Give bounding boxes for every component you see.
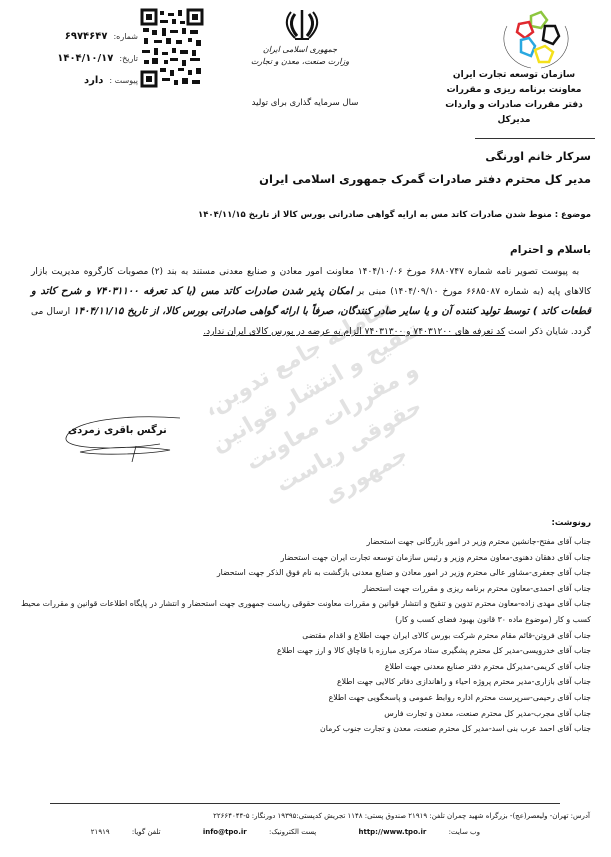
date-label: تاریخ: — [119, 48, 138, 70]
tpo-logo-icon — [491, 6, 581, 74]
date-value: ۱۴۰۴/۱۰/۱۷ — [57, 48, 113, 70]
cc-item: جناب آقای فروتن-قائم مقام محترم شرکت بور… — [11, 628, 591, 644]
cc-list: جناب آقای مفتح-جانشین محترم وزیر در امور… — [11, 534, 591, 737]
attachment-row: پیوست : دارد — [28, 70, 138, 92]
org-line: سازمان توسعه تجارت ایران — [439, 68, 589, 83]
phone-value: ۲۱۹۱۹ — [91, 828, 110, 836]
letter-meta: شماره: ۶۹۷۴۶۴۷ تاریخ: ۱۴۰۴/۱۰/۱۷ پیوست :… — [28, 26, 138, 92]
cc-item: جناب آقای رحیمی-سرپرست محترم اداره روابط… — [11, 690, 591, 706]
email-link[interactable]: info@tpo.ir — [203, 828, 247, 836]
number-label: شماره: — [113, 26, 138, 48]
cc-item: جناب آقای کریمی-مدیرکل محترم دفتر صنایع … — [11, 659, 591, 675]
ministry-name: وزارت صنعت، معدن و تجارت — [230, 56, 370, 68]
header-divider — [475, 138, 595, 139]
number-value: ۶۹۷۴۶۴۷ — [65, 26, 108, 48]
cc-item: جناب آقای احمد عرب بنی اسد-مدیر کل محترم… — [11, 721, 591, 737]
iran-emblem-icon — [283, 8, 321, 42]
addressee-title: مدیر کل محترم دفتر صادرات گمرک جمهوری اس… — [259, 172, 591, 186]
cc-item: جناب آقای بازاری-مدیر محترم پروژه احیاء … — [11, 674, 591, 690]
phone-group: تلفن گویا: ۲۱۹۱۹ — [81, 828, 171, 836]
footer-divider — [50, 803, 560, 804]
organization-block: سازمان توسعه تجارت ایران معاونت برنامه ر… — [439, 68, 589, 128]
org-line: دفتر مقررات صادرات و واردات — [439, 98, 589, 113]
subject-line: موضوع : منوط شدن صادرات کاتد مس به ارایه… — [198, 210, 591, 220]
qr-code-icon[interactable] — [140, 8, 204, 88]
signatory-name: نرگس باقری زمردی — [68, 425, 167, 436]
signature-scribble-icon — [60, 410, 190, 462]
body-text-underlined: کد تعرفه های ۷۴۰۳۱۲۰۰ و ۷۴۰۳۱۳۰۰ الزام ب… — [203, 327, 505, 337]
website-label: وب سایت: — [449, 828, 480, 836]
greeting: باسلام و احترام — [510, 244, 591, 256]
year-slogan: سال سرمایه گذاری برای تولید — [230, 98, 380, 108]
letter-date-row: تاریخ: ۱۴۰۴/۱۰/۱۷ — [28, 48, 138, 70]
org-line: مدیرکل — [439, 113, 589, 128]
attachment-label: پیوست : — [109, 70, 138, 92]
footer-contact: وب سایت: http://www.tpo.ir پست الکترونیک… — [100, 828, 500, 836]
cc-title: رونوشت: — [552, 518, 591, 528]
website-link[interactable]: http://www.tpo.ir — [359, 828, 427, 836]
cc-item: جناب آقای دهقان دهنوی-معاون محترم وزیر و… — [11, 550, 591, 566]
letter-body: به پیوست تصویر نامه شماره ۶۸۸۰۷۴۷ مورخ ۱… — [31, 262, 591, 342]
attachment-value: دارد — [84, 70, 103, 92]
footer-address: آدرس: تهران- ولیعصر(عج)- بزرگراه شهید چم… — [30, 812, 590, 820]
phone-label: تلفن گویا: — [132, 828, 161, 836]
cc-item: جناب آقای مهدی زاده-معاون محترم تدوین و … — [11, 596, 591, 627]
cc-item: جناب آقای مفتح-جانشین محترم وزیر در امور… — [11, 534, 591, 550]
website-group: وب سایت: http://www.tpo.ir — [349, 828, 491, 836]
republic-name: جمهوری اسلامی ایران — [230, 44, 370, 56]
cc-item: جناب آقای جعفری-مشاور عالی محترم وزیر در… — [11, 565, 591, 581]
org-line: معاونت برنامه ریزی و مقررات — [439, 83, 589, 98]
cc-item: جناب آقای خدرویسی-مدیر کل محترم پشگیری س… — [11, 643, 591, 659]
addressee-name: سرکار خانم اورنگی — [485, 150, 591, 163]
email-label: پست الکترونیک: — [269, 828, 316, 836]
cc-item: جناب آقای احمدی-معاون محترم برنامه ریزی … — [11, 581, 591, 597]
letter-number-row: شماره: ۶۹۷۴۶۴۷ — [28, 26, 138, 48]
government-title: جمهوری اسلامی ایران وزارت صنعت، معدن و ت… — [230, 44, 370, 68]
email-group: پست الکترونیک: info@tpo.ir — [193, 828, 326, 836]
cc-item: جناب آقای مجرب-مدیر کل محترم صنعت، معدن … — [11, 706, 591, 722]
